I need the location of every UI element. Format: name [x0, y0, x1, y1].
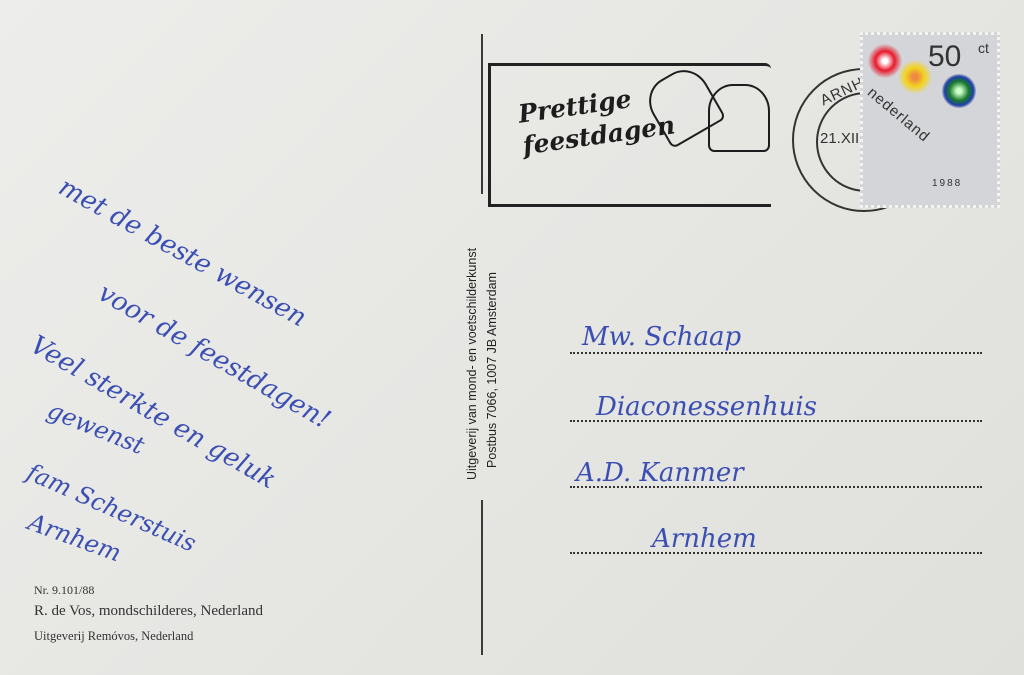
publisher-line: Uitgeverij van mond- en voetschilderkuns…	[462, 248, 482, 480]
address-line: A.D. Kanmer	[576, 458, 744, 488]
publisher-vertical: Uitgeverij van mond- en voetschilderkuns…	[462, 248, 502, 480]
divider-bottom	[481, 500, 483, 655]
address-dotted-line	[570, 552, 982, 554]
bell-icon	[708, 84, 770, 152]
stamp-value: 50	[928, 40, 961, 74]
divider-top	[481, 34, 483, 194]
firework-red-icon	[868, 44, 902, 78]
artist-credit: R. de Vos, mondschilderes, Nederland	[34, 603, 263, 620]
address-line: Arnhem	[652, 524, 757, 554]
firework-green-icon	[942, 74, 976, 108]
publisher-credit: Uitgeverij Remóvos, Nederland	[34, 629, 193, 644]
stamp-unit: ct	[978, 40, 989, 56]
postcard-back: met de beste wensen voor de feestdagen! …	[0, 0, 1024, 675]
message-line: met de beste wensen	[53, 172, 311, 333]
publisher-line: Postbus 7066, 1007 JB Amsterdam	[482, 248, 502, 480]
stamp-year: 1988	[932, 178, 962, 189]
card-number: Nr. 9.101/88	[34, 583, 94, 598]
address-line: Mw. Schaap	[582, 322, 741, 352]
address-dotted-line	[570, 352, 982, 354]
address-line: Diaconessenhuis	[596, 392, 817, 422]
firework-yellow-icon	[898, 60, 932, 94]
